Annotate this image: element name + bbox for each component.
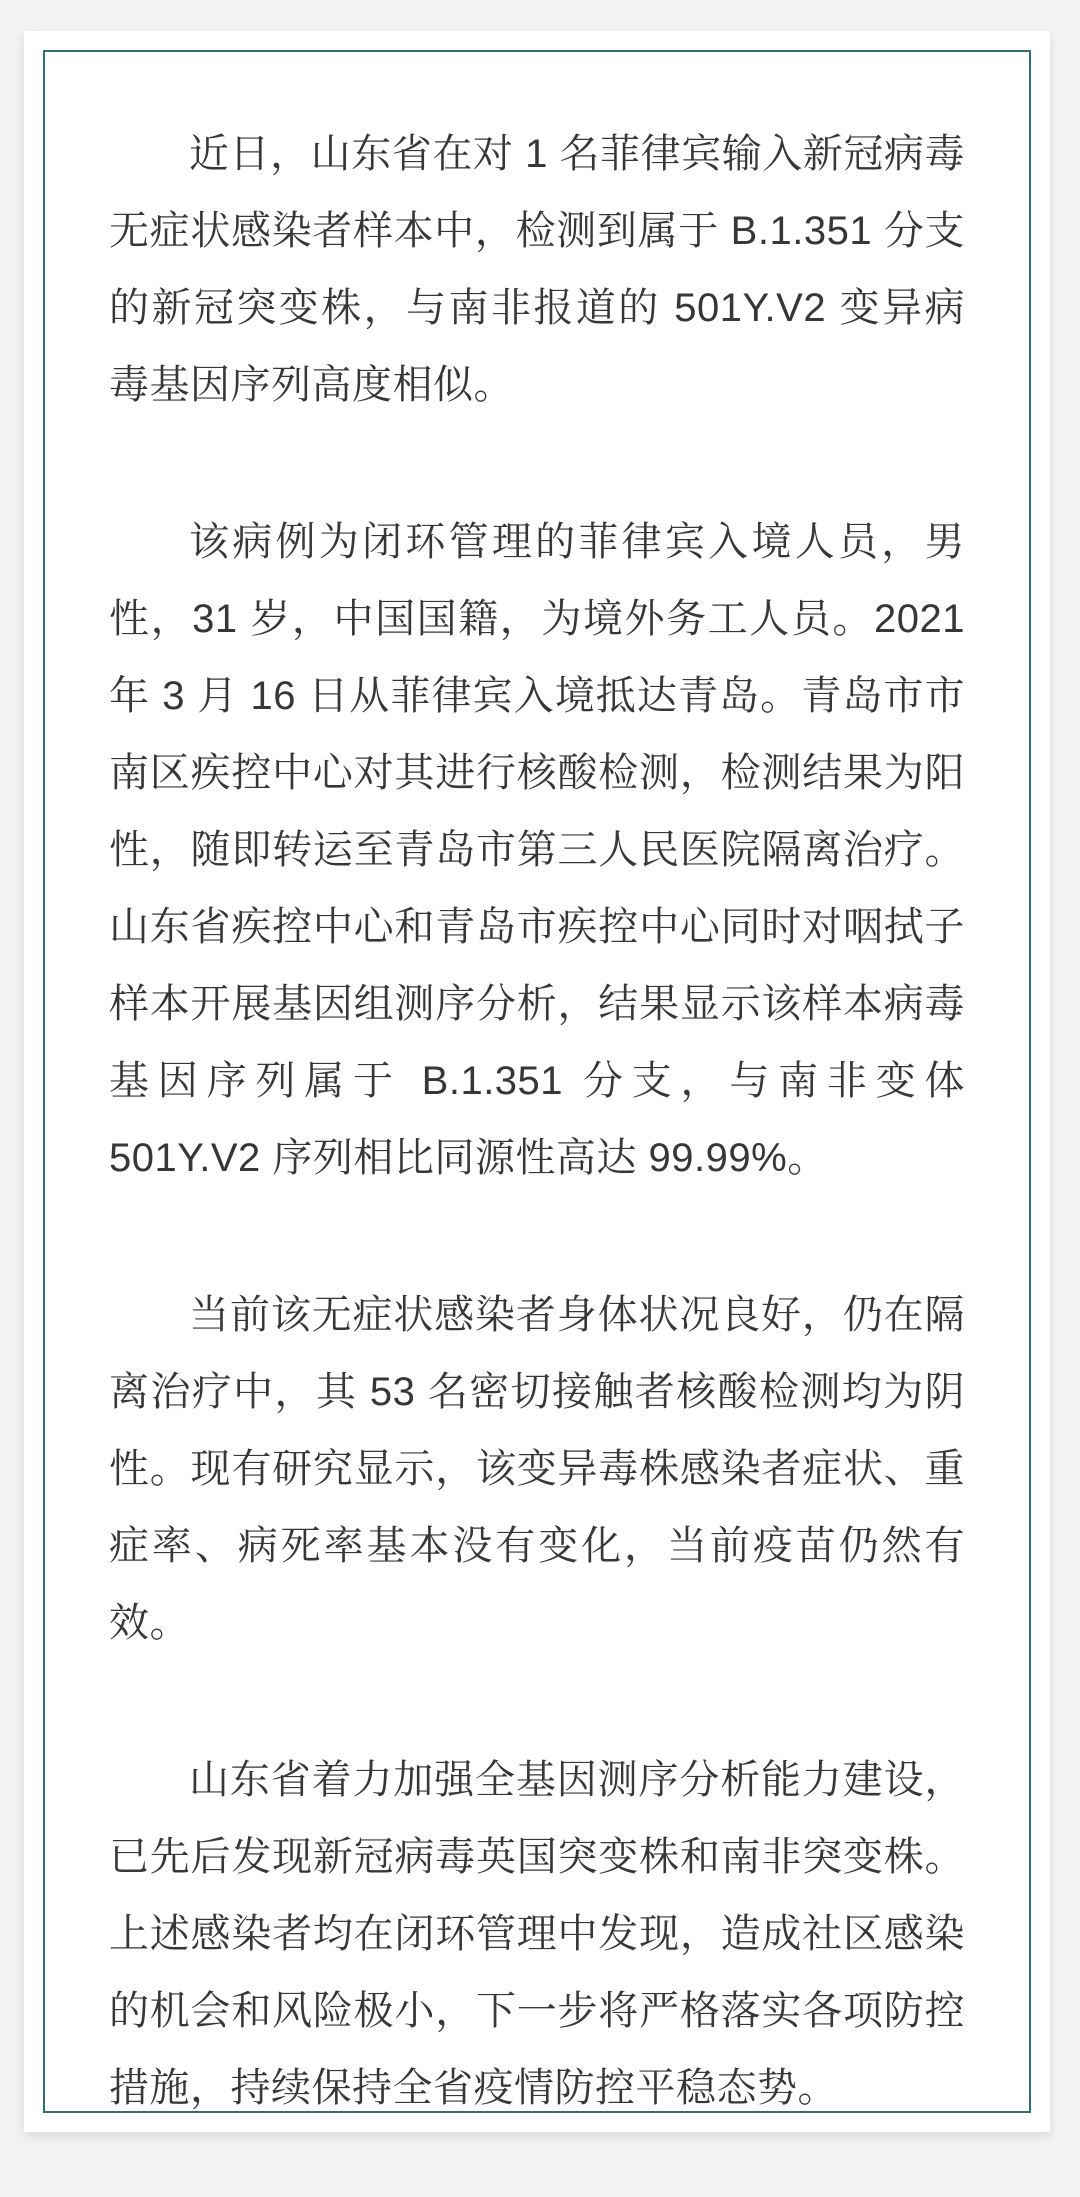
article-border-frame: 近日，山东省在对 1 名菲律宾输入新冠病毒无症状感染者样本中，检测到属于 B.1…: [43, 50, 1031, 2113]
article-paragraph-1: 近日，山东省在对 1 名菲律宾输入新冠病毒无症状感染者样本中，检测到属于 B.1…: [109, 116, 965, 424]
article-paragraph-3: 当前该无症状感染者身体状况良好，仍在隔离治疗中，其 53 名密切接触者核酸检测均…: [109, 1277, 965, 1662]
article-paragraph-2: 该病例为闭环管理的菲律宾入境人员，男性，31 岁，中国国籍，为境外务工人员。20…: [109, 504, 965, 1197]
article-paragraph-4: 山东省着力加强全基因测序分析能力建设，已先后发现新冠病毒英国突变株和南非突变株。…: [109, 1742, 965, 2113]
page-background: 近日，山东省在对 1 名菲律宾输入新冠病毒无症状感染者样本中，检测到属于 B.1…: [0, 0, 1080, 2197]
article-card: 近日，山东省在对 1 名菲律宾输入新冠病毒无症状感染者样本中，检测到属于 B.1…: [24, 31, 1050, 2132]
